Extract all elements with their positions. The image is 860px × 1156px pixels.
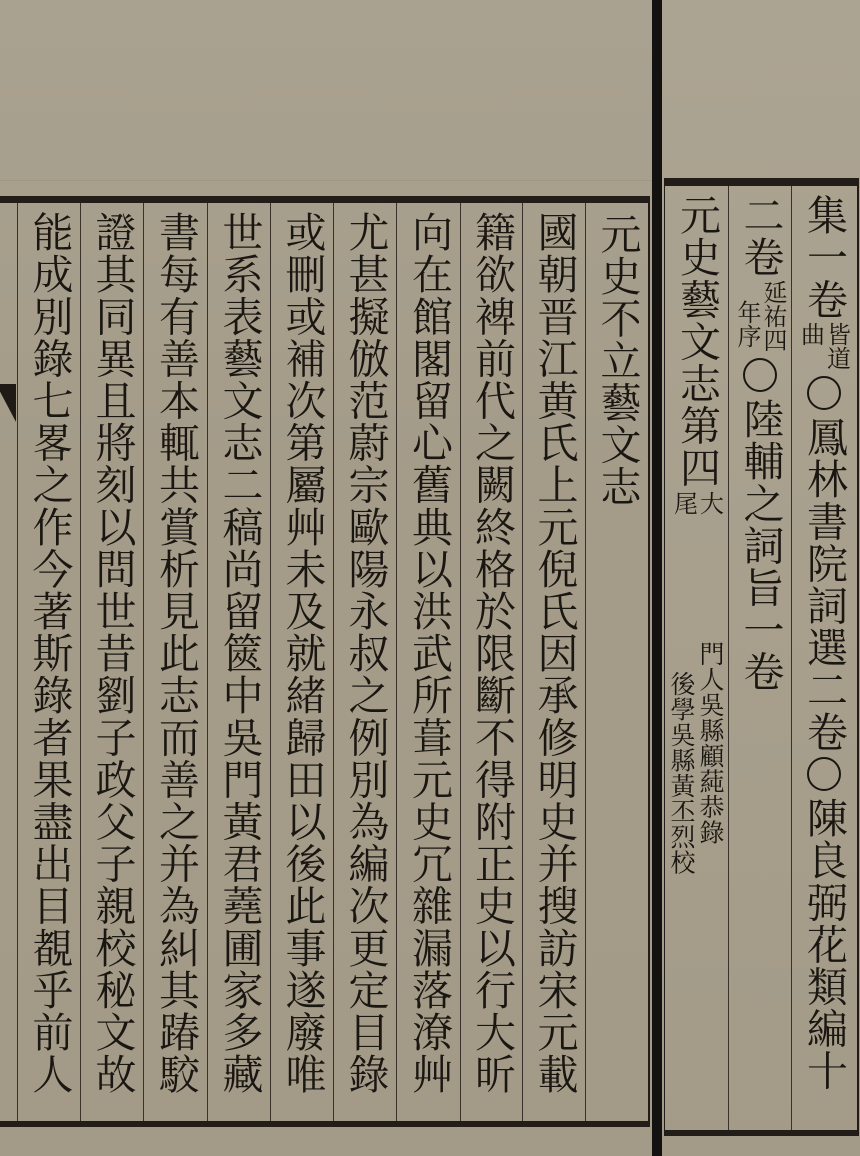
- circle-separator-icon: [807, 376, 841, 410]
- note-text: 皆道: [825, 322, 849, 370]
- collator-credit: 後學吳縣黃丕烈校: [669, 671, 694, 875]
- text-column: 世系表藝文志二稿尚留篋中吳門黃君蕘圃家多藏: [207, 203, 270, 1121]
- column-text: 能成別錄七畧之作今著斯錄者果盡出目覩乎前人: [29, 211, 70, 1095]
- circle-separator-icon: [807, 757, 841, 791]
- colophon-credits: 門人吳縣顧蒓恭錄 後學吳縣黃丕烈校: [669, 641, 723, 875]
- column-text: 集一卷: [803, 194, 844, 320]
- column-text: 尤甚擬倣范蔚宗歐陽永叔之例別為編次更定目錄: [345, 211, 386, 1095]
- note-text: 尾: [672, 491, 696, 515]
- column-text: 證其同異且將刻以問世昔劉子政父子親校秘文故: [92, 211, 133, 1095]
- note-text: 年序: [735, 300, 759, 352]
- left-page-frame: 元史不立藝文志 國朝晋江黄氏上元倪氏因承修明史并搜訪宋元載 籍欲裨前代之闕終格於…: [0, 196, 650, 1127]
- interlinear-note: 大 尾: [672, 491, 722, 515]
- interlinear-note: 皆道 曲: [799, 322, 849, 370]
- column-text: 國朝晋江黄氏上元倪氏因承修明史并搜訪宋元載: [534, 211, 575, 1095]
- text-column: 向在館閣留心舊典以洪武所葺元史冗雜漏落潦艸: [396, 203, 460, 1121]
- column-text: 鳳林書院詞選二卷: [803, 416, 844, 753]
- section-title: 元史不立藝文志: [597, 213, 638, 508]
- column-text: 或刪或補次第屬艸未及就緒歸田以後此事遂廢唯: [282, 211, 323, 1095]
- text-column: 二卷 延祐四 年序 陸輔之詞旨一卷: [728, 186, 791, 1130]
- column-text: 二卷: [740, 194, 781, 278]
- note-text: 曲: [799, 322, 823, 370]
- text-column: 證其同異且將刻以問世昔劉子政父子親校秘文故: [80, 203, 143, 1121]
- text-column: 能成別錄七畧之作今著斯錄者果盡出目覩乎前人: [17, 203, 80, 1121]
- transcriber-credit: 門人吳縣顧蒓恭錄: [698, 641, 723, 875]
- volume-title: 元史藝文志第四: [676, 194, 717, 489]
- column-text: 陸輔之詞旨一卷: [740, 398, 781, 693]
- text-column: 元史藝文志第四 大 尾 門人吳縣顧蒓恭錄 後學吳縣黃丕烈校: [665, 186, 728, 1130]
- text-column: 尤甚擬倣范蔚宗歐陽永叔之例別為編次更定目錄: [333, 203, 396, 1121]
- note-text: 延祐四: [761, 280, 785, 352]
- column-title: 元史不立藝文志: [585, 203, 648, 1121]
- text-column: 集一卷 皆道 曲 鳳林書院詞選二卷 陳良弼花類編十: [791, 186, 855, 1130]
- text-column: 國朝晋江黄氏上元倪氏因承修明史并搜訪宋元載: [522, 203, 585, 1121]
- note-text: 大: [698, 491, 722, 515]
- text-column: 書每有善本輒共賞析見此志而善之并為糾其踳駮: [143, 203, 207, 1121]
- right-page-frame: 集一卷 皆道 曲 鳳林書院詞選二卷 陳良弼花類編十 二卷 延祐四 年序 陸輔之詞…: [664, 178, 859, 1136]
- paper-crease: [0, 180, 652, 181]
- column-text: 向在館閣留心舊典以洪武所葺元史冗雜漏落潦艸: [408, 211, 449, 1095]
- text-column: 籍欲裨前代之闕終格於限斷不得附正史以行大昕: [460, 203, 522, 1121]
- column-text: 陳良弼花類編十: [803, 797, 844, 1092]
- column-text: 籍欲裨前代之闕終格於限斷不得附正史以行大昕: [471, 211, 512, 1095]
- interlinear-note: 延祐四 年序: [735, 280, 785, 352]
- column-text: 書每有善本輒共賞析見此志而善之并為糾其踳駮: [155, 211, 196, 1095]
- circle-separator-icon: [743, 358, 777, 392]
- book-gutter: [652, 0, 662, 1156]
- text-column: 或刪或補次第屬艸未及就緒歸田以後此事遂廢唯: [270, 203, 333, 1121]
- column-text: 世系表藝文志二稿尚留篋中吳門黃君蕘圃家多藏: [219, 211, 260, 1095]
